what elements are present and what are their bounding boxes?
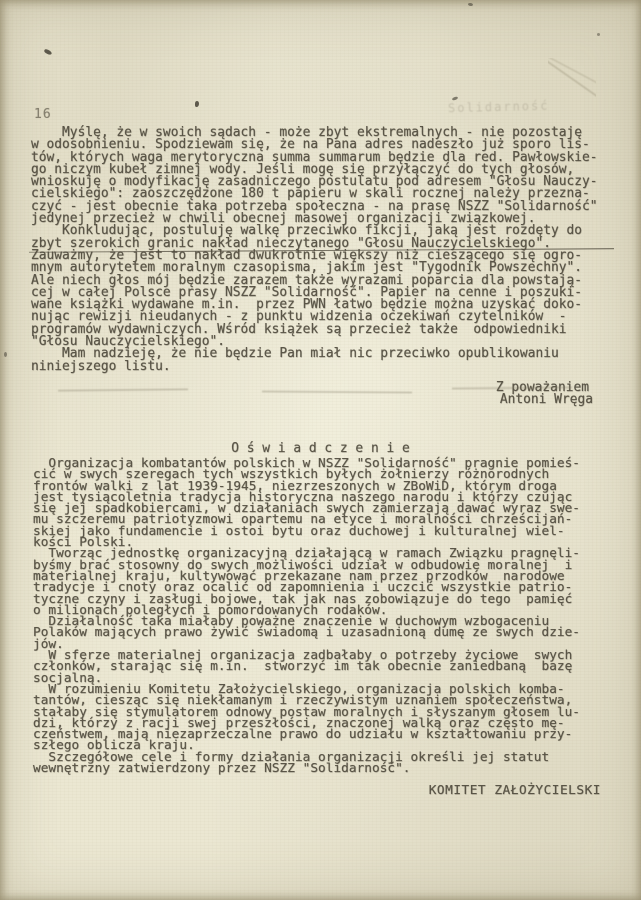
ink-speck bbox=[44, 48, 53, 55]
page-number: 16 bbox=[34, 107, 52, 122]
letter-signature: Antoni Wręga bbox=[31, 394, 615, 406]
statement-signature: KOMITET ZAŁOŻYCIELSKI bbox=[33, 785, 615, 796]
letter-line: niniejszego listu. bbox=[31, 361, 615, 373]
statement-line: członków, starając się m.in. stworzyć im… bbox=[33, 661, 615, 672]
ink-speck bbox=[597, 33, 600, 36]
paper-scuff-mark bbox=[548, 58, 596, 98]
statement-line: Polaków mających prawo żywić świadomą i … bbox=[33, 627, 615, 638]
ink-speck bbox=[468, 3, 473, 7]
letter-body: Myślę, że w swoich sądach - może zbyt ek… bbox=[31, 127, 615, 407]
ghost-stamp: Solidarność bbox=[448, 99, 550, 116]
scanned-letter-page: 16 Solidarność Myślę, że w swoich sądach… bbox=[0, 0, 641, 900]
statement-heading: O ś w i a d c z e n i e bbox=[0, 441, 641, 456]
ink-speck bbox=[4, 352, 7, 357]
statement-body: Organizacja kombatantów polskich w NSZZ … bbox=[33, 458, 615, 797]
ink-speck bbox=[195, 101, 199, 107]
